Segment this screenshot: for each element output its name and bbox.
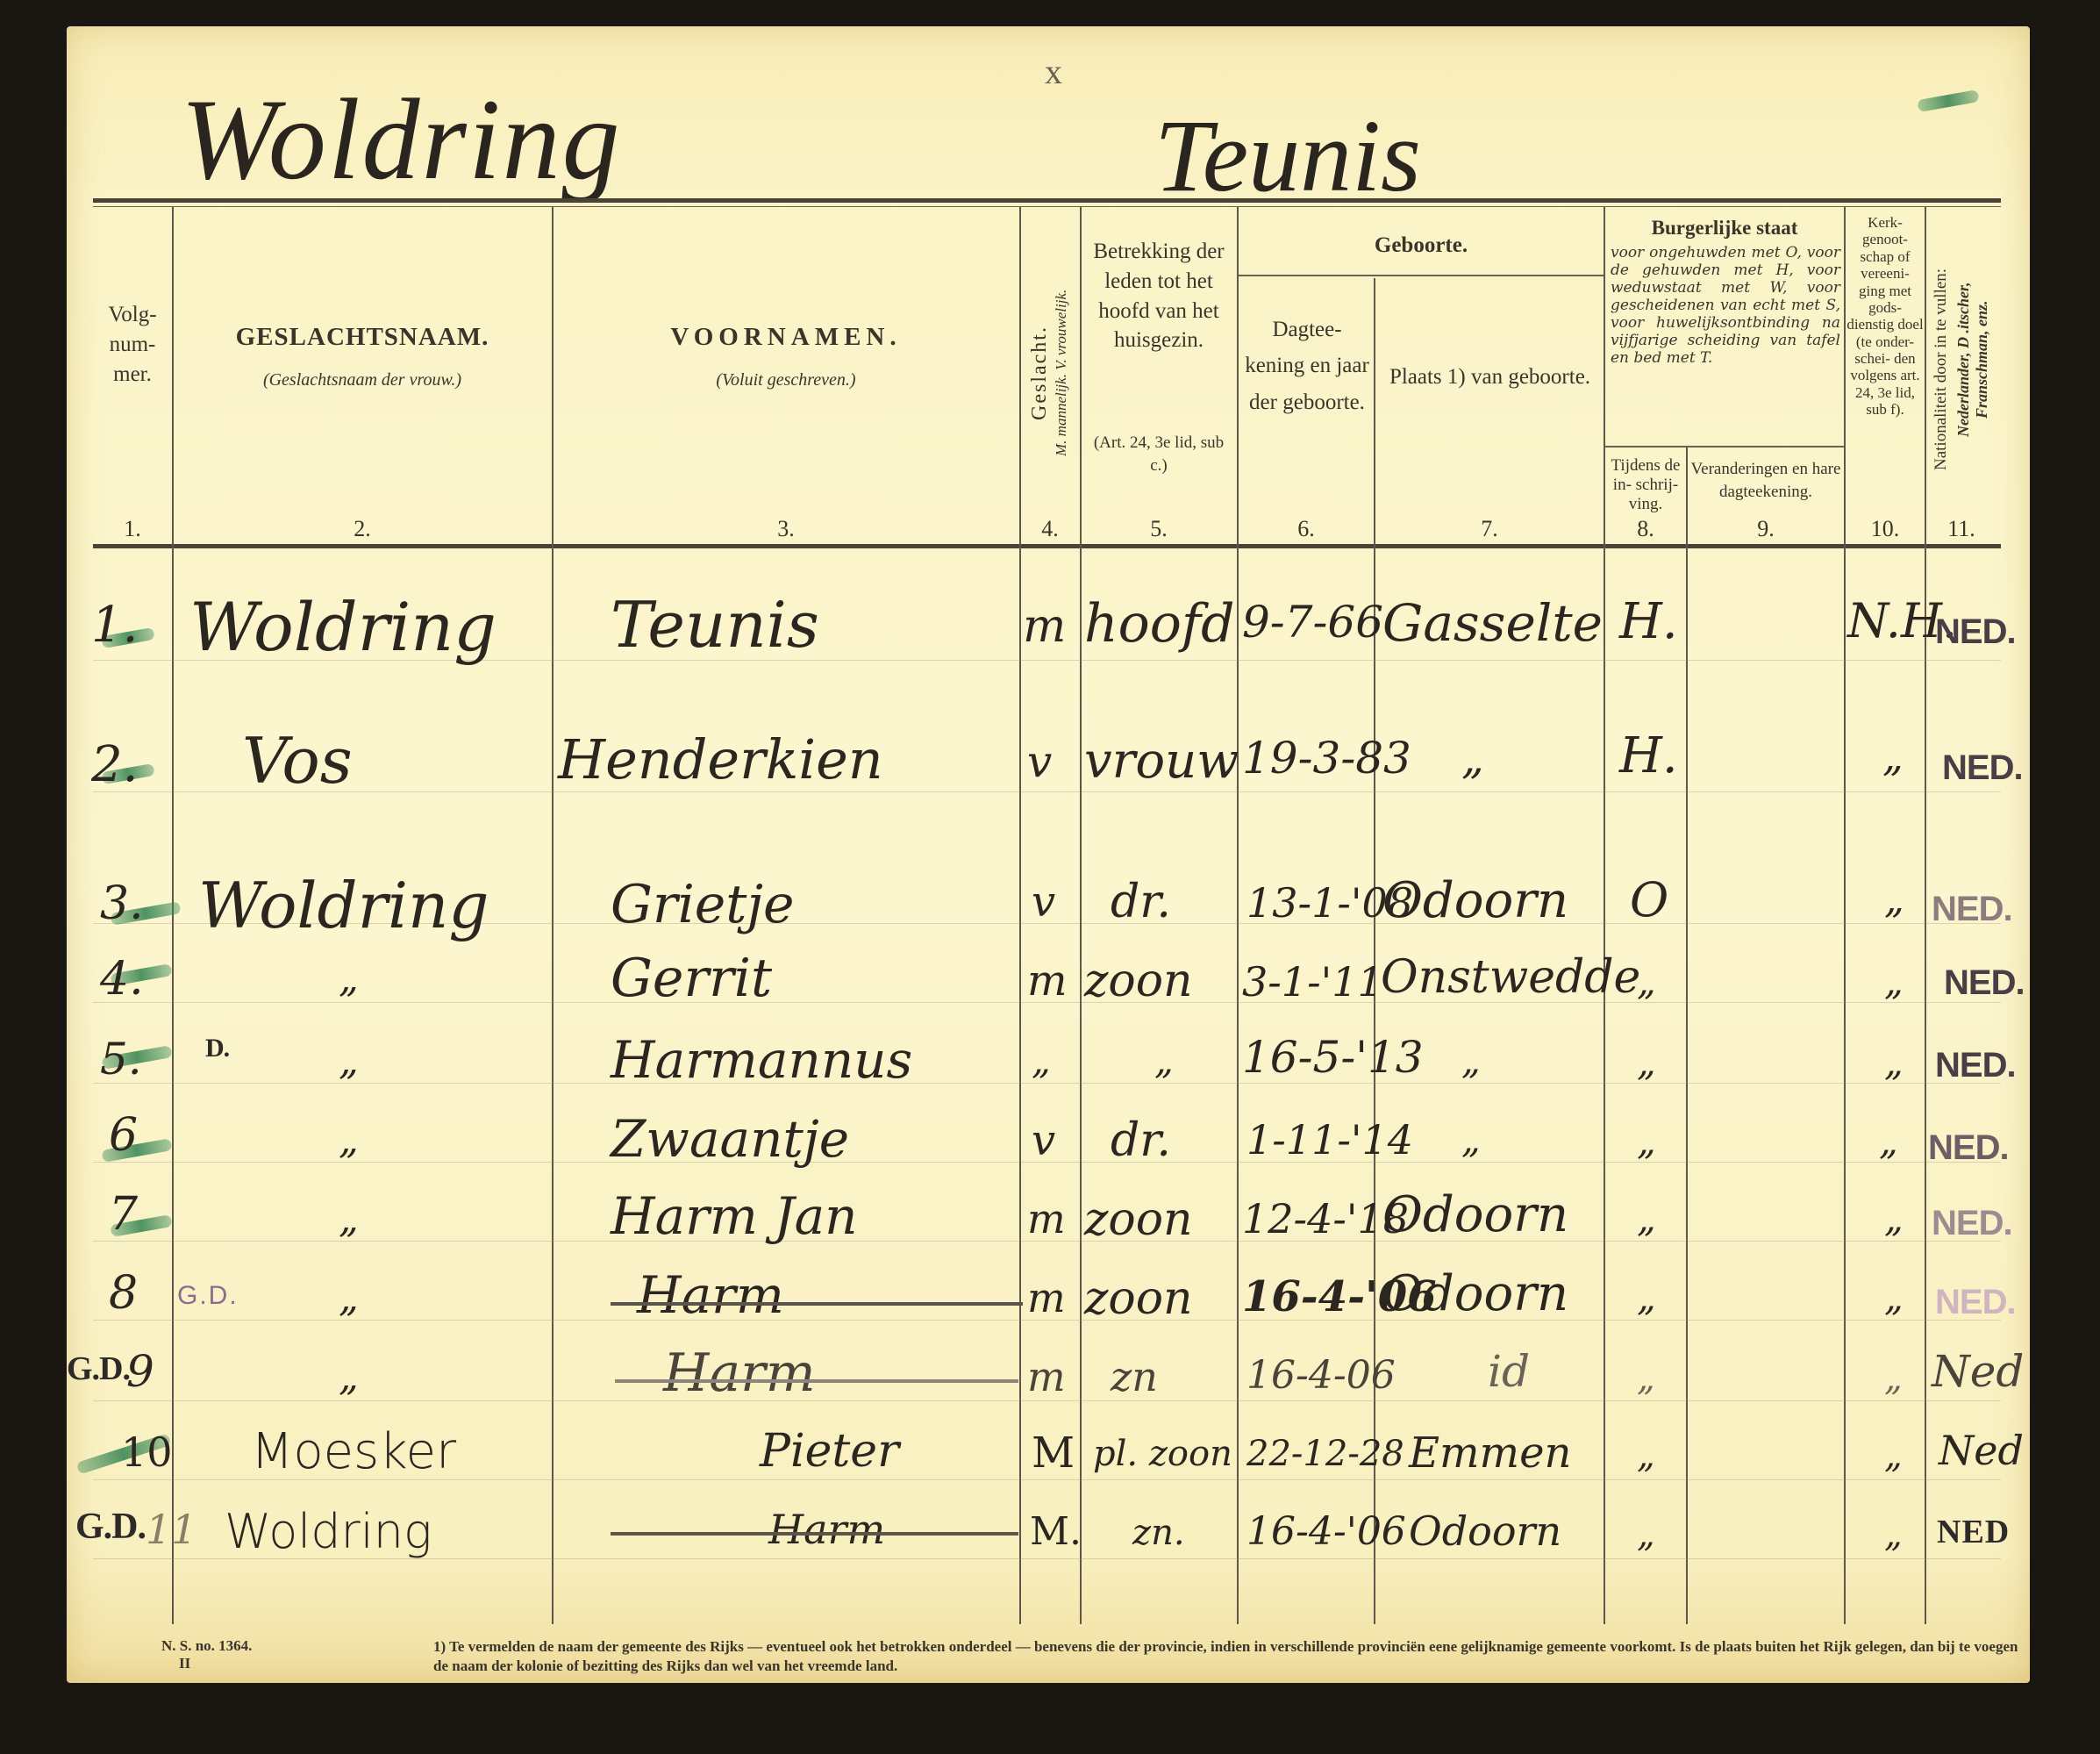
row-number: 4.	[100, 953, 144, 1006]
birth-place-cell: „	[1461, 1118, 1481, 1161]
col6-number: 6.	[1239, 516, 1374, 542]
relation-cell: zn	[1111, 1353, 1158, 1400]
given-names-cell: Zwaantje	[611, 1109, 849, 1169]
civil-state-cell: „	[1637, 1197, 1656, 1240]
given-names-cell: Harm Jan	[611, 1186, 858, 1246]
burgerlijke-staat-description: voor ongehuwden met O, voor de gehuwden …	[1611, 244, 1840, 367]
surname-cell: „	[339, 956, 359, 1001]
relation-cell: dr.	[1111, 1114, 1171, 1167]
table-row: 6 „ Zwaantje v dr. 1-11-'14 „ „ „ NED.	[67, 1106, 2030, 1176]
table-row: G.D. 11 Woldring Harm M. zn. 16-4-'06 Od…	[67, 1500, 2030, 1571]
burgerlijke-staat-rule	[1605, 446, 1844, 447]
col4-subheader: M. mannelijk. V. vrouwelijk.	[1053, 224, 1074, 522]
civil-state-cell: „	[1637, 960, 1656, 1003]
col4-number: 4.	[1021, 516, 1079, 542]
form-series: II	[161, 1655, 252, 1672]
church-cell: „	[1884, 1514, 1903, 1555]
row-number: 5.	[100, 1034, 142, 1085]
sex-cell: M	[1032, 1428, 1075, 1478]
green-check-icon	[1917, 89, 1979, 112]
row-number: 3.	[100, 877, 144, 930]
civil-state-cell: „	[1637, 1120, 1656, 1163]
nationality-stamp: NED.	[1928, 1128, 2009, 1168]
table-row: 7 „ Harm Jan m zoon 12-4-'18 Odoorn „ „ …	[67, 1185, 2030, 1255]
birth-date-cell: 16-4-06	[1246, 1353, 1396, 1398]
nationality-cell: Ned	[1939, 1427, 2024, 1474]
col9-number: 9.	[1688, 516, 1844, 542]
birth-date-cell: 16-4-'06	[1246, 1509, 1406, 1554]
birth-place-cell: „	[1461, 733, 1484, 784]
geboorte-group-header: Geboorte.	[1239, 231, 1604, 261]
given-names-cell: Harm	[768, 1506, 885, 1553]
civil-state-cell: H.	[1619, 727, 1678, 784]
nationality-stamp: NED.	[1942, 748, 2023, 788]
birth-place-cell: Emmen	[1409, 1428, 1571, 1478]
card-surname-title: Woldring	[181, 72, 622, 206]
civil-state-cell: „	[1637, 1514, 1655, 1555]
col1-header: Volg- num- mer.	[93, 300, 172, 389]
col2-number: 2.	[174, 516, 551, 542]
row-number: 11	[146, 1506, 197, 1553]
church-cell: „	[1884, 1276, 1904, 1319]
header-top-rule	[93, 198, 2001, 203]
col7-number: 7.	[1375, 516, 1604, 542]
given-names-cell: Teunis	[611, 588, 819, 662]
sex-cell: v	[1032, 1116, 1055, 1165]
table-row: 4. „ Gerrit m zoon 3-1-'11 Onstwedde „ „…	[67, 948, 2030, 1018]
birth-place-cell: Odoorn	[1382, 1186, 1568, 1243]
col3-subheader: (Voluit geschreven.)	[554, 369, 1018, 392]
corner-mark: x	[1045, 51, 1062, 92]
table-row: G.D. 9 „ Harm m zn 16-4-06 id „ „ Ned	[67, 1342, 2030, 1413]
table-row: 5. D. „ Harmannus „ „ 16-5-'13 „ „ „ NED…	[67, 1027, 2030, 1097]
nationality-stamp: NED	[1937, 1513, 2010, 1551]
col8-header: Tijdens de in- schrij- ving.	[1605, 456, 1686, 514]
birth-date-cell: 9-7-66	[1242, 597, 1383, 648]
table-row: 8 G.D. „ Harm m zoon 16-4-'06 Odoorn „ „…	[67, 1264, 2030, 1334]
geboorte-rule	[1239, 275, 1604, 276]
relation-cell: „	[1154, 1039, 1174, 1082]
deregistration-marker: G.D.	[75, 1506, 146, 1548]
surname-cell: Vos	[242, 724, 353, 798]
col2-subheader: (Geslachtsnaam der vrouw.)	[174, 369, 551, 392]
nationality-stamp: NED.	[1935, 1283, 2016, 1322]
col11-subheader: Nederlander, D .itscher, Franschman, enz…	[1954, 246, 1993, 474]
relation-cell: zoon	[1084, 1193, 1193, 1246]
surname-cell: Woldring	[189, 588, 496, 666]
civil-state-cell: „	[1637, 1358, 1655, 1399]
row-number: 1.	[91, 597, 138, 654]
given-names-cell: Gerrit	[611, 948, 772, 1009]
strikethrough-line	[611, 1532, 1018, 1536]
col11-number: 11.	[1926, 516, 1996, 542]
header-top-rule-thin	[93, 206, 2001, 207]
table-row: 10 Moesker Pieter M pl. zoon 22-12-28 Em…	[67, 1421, 2030, 1492]
row-number: 9	[126, 1346, 154, 1397]
nationality-stamp: NED.	[1932, 890, 2012, 929]
church-cell: „	[1882, 733, 1904, 780]
relation-cell: dr.	[1111, 876, 1171, 928]
nationality-stamp: NED.	[1935, 612, 2016, 652]
nationality-stamp: NED.	[1935, 1046, 2016, 1085]
sex-cell: „	[1032, 1039, 1051, 1082]
birth-date-cell: 16-5-'13	[1242, 1032, 1424, 1083]
church-cell: „	[1884, 1041, 1904, 1084]
strikethrough-line	[615, 1379, 1018, 1383]
nationality-stamp: NED.	[1944, 963, 2025, 1003]
civil-state-cell: H.	[1619, 593, 1678, 650]
col9-header: Veranderingen en hare dagteekening.	[1688, 458, 1844, 503]
col2-header: GESLACHTSNAAM.	[174, 320, 551, 354]
row-number: 7	[109, 1188, 138, 1241]
deregistration-marker: G.D.	[177, 1281, 239, 1311]
row-number: 10	[121, 1428, 173, 1476]
given-names-cell: Grietje	[611, 874, 795, 935]
sex-cell: m	[1027, 956, 1068, 1006]
nationality-cell: Ned	[1932, 1346, 2024, 1397]
surname-cell: „	[339, 1118, 359, 1163]
church-cell: „	[1884, 1197, 1904, 1240]
form-number-label: N. S. no. 1364.	[161, 1637, 252, 1655]
register-card: Woldring x Teunis Volg- num- mer. GESLAC…	[67, 26, 2030, 1683]
civil-state-cell: O	[1630, 872, 1668, 927]
birth-date-cell: 1-11-'14	[1246, 1116, 1413, 1163]
footnote: 1) Te vermelden de naam der gemeente des…	[433, 1637, 2030, 1676]
relation-cell: zoon	[1084, 1272, 1193, 1325]
surname-cell: Moesker	[251, 1423, 456, 1480]
col6-header: Dagtee- kening en jaar der geboorte.	[1242, 311, 1372, 420]
table-row: 3. Woldring Grietje v dr. 13-1-'08 Odoor…	[67, 869, 2030, 939]
strikethrough-line	[611, 1302, 1023, 1306]
sex-cell: v	[1027, 736, 1052, 787]
relation-cell: zoon	[1084, 955, 1193, 1007]
civil-state-cell: „	[1637, 1276, 1656, 1319]
col5-header: Betrekking der leden tot het hoofd van h…	[1084, 237, 1233, 355]
church-cell: „	[1884, 1435, 1903, 1476]
deregistration-marker: G.D.	[67, 1350, 130, 1388]
given-names-cell: Henderkien	[558, 727, 883, 791]
civil-state-cell: „	[1637, 1435, 1655, 1476]
birth-place-cell: Onstwedde	[1381, 951, 1640, 1004]
surname-cell: Woldring	[225, 1504, 432, 1559]
birth-date-cell: 3-1-'11	[1242, 958, 1383, 1006]
birth-date-cell: 19-3-83	[1242, 733, 1411, 784]
row-number: 6	[109, 1109, 138, 1162]
sex-cell: m	[1027, 1195, 1066, 1242]
given-names-cell: Harmannus	[611, 1030, 912, 1090]
relation-cell: hoofd	[1084, 593, 1235, 655]
given-names-cell: Harm	[637, 1265, 784, 1325]
col3-header: VOORNAMEN.	[554, 320, 1018, 354]
col5-number: 5.	[1082, 516, 1236, 542]
col8-number: 8.	[1605, 516, 1686, 542]
col4-header: Geslacht.	[1028, 224, 1053, 522]
table-row: 1. Woldring Teunis m hoofd 9-7-66 Gassel…	[67, 588, 2030, 667]
col1-number: 1.	[93, 516, 172, 542]
header-bottom-rule	[93, 544, 2001, 548]
birth-place-cell: Odoorn	[1409, 1507, 1561, 1555]
row-number: 2.	[91, 736, 138, 793]
birth-place-cell: id	[1488, 1346, 1530, 1397]
church-cell: „	[1879, 1120, 1898, 1163]
birth-place-cell: Odoorn	[1382, 872, 1568, 929]
nationality-stamp: NED.	[1932, 1204, 2012, 1243]
sex-cell: v	[1032, 877, 1055, 927]
sex-cell: m	[1027, 1353, 1066, 1400]
surname-cell: „	[339, 1197, 359, 1242]
civil-state-cell: „	[1637, 1041, 1656, 1084]
sex-cell: m	[1023, 600, 1066, 653]
church-cell: „	[1884, 877, 1904, 922]
relation-cell: vrouw	[1084, 733, 1239, 790]
row-number: 8	[109, 1267, 138, 1320]
col11-header: Nationaliteit door in te vullen:	[1932, 218, 1954, 520]
birth-place-cell: „	[1461, 1039, 1481, 1082]
burgerlijke-staat-group-header: Burgerlijke staat	[1607, 214, 1842, 241]
sex-cell: M.	[1030, 1509, 1082, 1554]
col3-number: 3.	[554, 516, 1018, 542]
relation-cell: zn.	[1132, 1513, 1185, 1553]
birth-date-cell: 22-12-28	[1246, 1434, 1404, 1474]
col5-subheader: (Art. 24, 3e lid, sub c.)	[1084, 432, 1233, 476]
surname-cell: „	[339, 1039, 359, 1084]
given-names-cell: Pieter	[760, 1425, 899, 1478]
sex-cell: m	[1027, 1274, 1066, 1321]
surname-cell: „	[339, 1355, 359, 1400]
surname-cell: Woldring	[198, 869, 489, 942]
birth-place-cell: Odoorn	[1382, 1265, 1568, 1322]
surname-cell: „	[339, 1276, 359, 1321]
birth-place-cell: Gasselte	[1382, 593, 1603, 653]
given-names-cell: Harm	[663, 1342, 816, 1404]
table-row: 2. Vos Henderkien v vrouw 19-3-83 „ H. „…	[67, 724, 2030, 803]
deregistration-marker: D.	[205, 1034, 229, 1063]
form-number: N. S. no. 1364. II	[161, 1637, 252, 1672]
church-cell: „	[1884, 960, 1904, 1003]
church-cell: „	[1884, 1358, 1903, 1399]
col10-number: 10.	[1846, 516, 1925, 542]
col10-header: Kerk- genoot- schap of vereeni- ging met…	[1846, 214, 1925, 419]
col7-header: Plaats 1) van geboorte.	[1378, 355, 1602, 399]
relation-cell: pl. zoon	[1093, 1434, 1232, 1474]
